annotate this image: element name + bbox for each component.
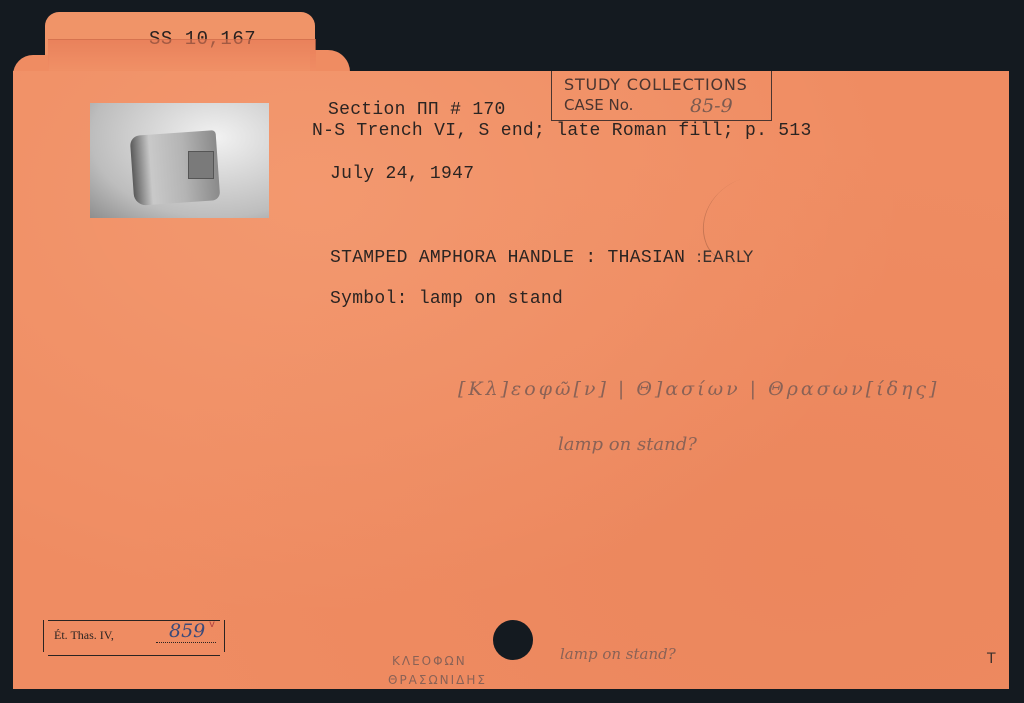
stamp-title: STUDY COLLECTIONS [564,75,748,94]
punch-hole [493,620,533,660]
bottom-handwritten-note: lamp on stand? [560,645,676,663]
handle-stamp-image [188,151,214,179]
reference-box: Ét. Thas. IV, 859 v [43,620,225,652]
period-stamp: :EARLY [696,247,753,266]
handwritten-greek-inscription: [Κλ]εοφῶ[ν] | Θ]ασίων | Θρασων[ίδης] [458,378,939,400]
artifact-photo [90,103,269,218]
check-mark-icon: v [209,620,215,631]
location-line: N-S Trench VI, S end; late Roman fill; p… [312,121,812,141]
corner-mark: T [987,651,996,667]
bottom-greek-line-2: ΘΡΑΣΩΝΙΔΗΣ [388,673,487,687]
object-title: STAMPED AMPHORA HANDLE : THASIAN :EARLY [330,247,754,268]
symbol-line: Symbol: lamp on stand [330,289,563,309]
study-collections-stamp: STUDY COLLECTIONS CASE No. 85-9 [551,71,772,121]
handwritten-note: lamp on stand? [558,434,697,455]
reference-dotted-line [156,642,216,643]
date-line: July 24, 1947 [330,164,474,184]
reference-value: 859 [169,620,205,642]
stamp-case-number: 85-9 [690,95,733,117]
section-line: Section ΠΠ # 170 [328,100,506,120]
object-title-typed: STAMPED AMPHORA HANDLE : THASIAN [330,248,685,268]
reference-label: Ét. Thas. IV, [54,628,114,643]
bottom-greek-line-1: ΚΛΕΟΦΩΝ [392,654,467,668]
stamp-case-label: CASE No. [564,96,633,114]
